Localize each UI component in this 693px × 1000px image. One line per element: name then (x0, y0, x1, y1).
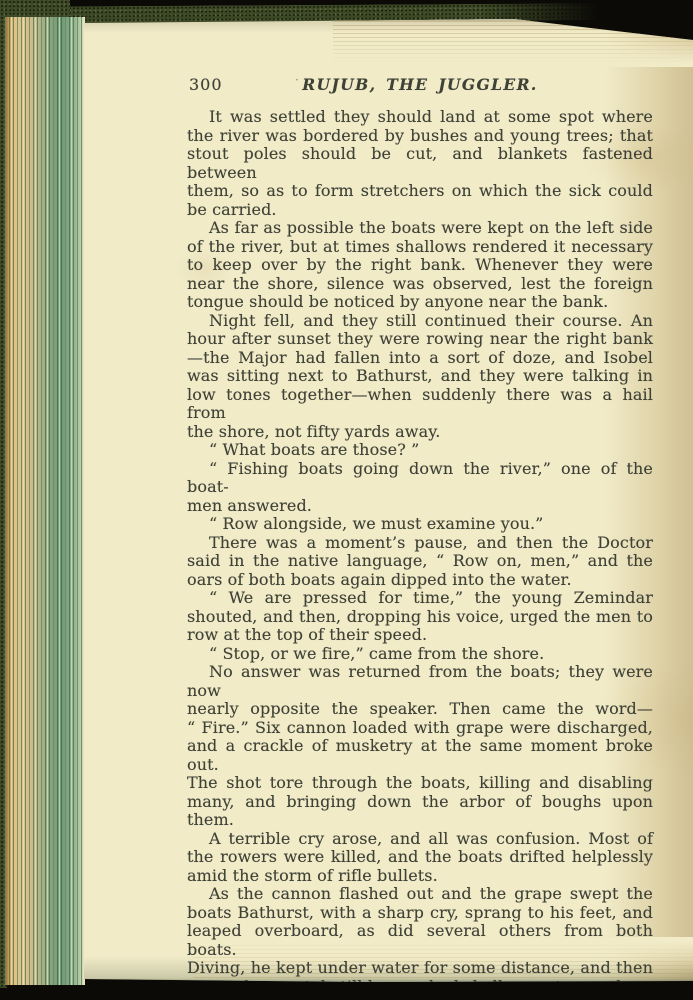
text-line: tongue should be noticed by anyone near … (187, 293, 653, 312)
text-line: the river was bordered by bushes and you… (187, 127, 653, 146)
text-line: “ Stop, or we fire,” came from the shore… (187, 645, 653, 664)
book-page: 300 · RUJUB, THE JUGGLER. It was settled… (84, 19, 693, 982)
text-line: hour after sunset they were rowing near … (187, 330, 653, 349)
text-line: The shot tore through the boats, killing… (187, 774, 653, 793)
text-line: “ Fishing boats going down the river,” o… (187, 460, 653, 497)
text-line: swam desperately till he reached shallow… (187, 978, 653, 997)
book-scan: 300 · RUJUB, THE JUGGLER. It was settled… (0, 0, 693, 1000)
text-line: was sitting next to Bathurst, and they w… (187, 367, 653, 386)
text-line: low tones together—when suddenly there w… (187, 386, 653, 423)
text-line: to keep over by the right bank. Whenever… (187, 256, 653, 275)
text-block: It was settled they should land at some … (187, 108, 653, 996)
text-line: the rowers were killed, and the boats dr… (187, 848, 653, 867)
running-header: RUJUB, THE JUGGLER. (187, 75, 653, 95)
text-line: As the cannon flashed out and the grape … (187, 885, 653, 904)
text-line: Night fell, and they still continued the… (187, 312, 653, 331)
text-line: be carried. (187, 201, 653, 220)
text-line: amid the storm of rifle bullets. (187, 867, 653, 886)
text-line: —the Major had fallen into a sort of doz… (187, 349, 653, 368)
text-line: It was settled they should land at some … (187, 108, 653, 127)
text-line: Diving, he kept under water for some dis… (187, 959, 653, 978)
text-line: As far as possible the boats were kept o… (187, 219, 653, 238)
text-line: men answered. (187, 497, 653, 516)
text-line: the shore, not fifty yards away. (187, 423, 653, 442)
text-line: of the river, but at times shallows rend… (187, 238, 653, 257)
page-header: 300 · RUJUB, THE JUGGLER. (187, 75, 653, 97)
text-line: “ What boats are those? ” (187, 441, 653, 460)
text-line: “ Fire.” Six cannon loaded with grape we… (187, 719, 653, 738)
page-edges-left (5, 17, 85, 985)
text-line: There was a moment’s pause, and then the… (187, 534, 653, 553)
text-line: No answer was returned from the boats; t… (187, 663, 653, 700)
text-line: stout poles should be cut, and blankets … (187, 145, 653, 182)
text-line: many, and bringing down the arbor of bou… (187, 793, 653, 830)
text-line: “ Row alongside, we must examine you.” (187, 515, 653, 534)
text-line: them, so as to form stretchers on which … (187, 182, 653, 201)
text-line: shouted, and then, dropping his voice, u… (187, 608, 653, 627)
text-line: near the shore, silence was observed, le… (187, 275, 653, 294)
text-line: said in the native language, “ Row on, m… (187, 552, 653, 571)
page-edge-stack-top (333, 19, 693, 67)
text-line: nearly opposite the speaker. Then came t… (187, 700, 653, 719)
text-line: leaped overboard, as did several others … (187, 922, 653, 959)
text-line: and a crackle of musketry at the same mo… (187, 737, 653, 774)
text-line: A terrible cry arose, and all was confus… (187, 830, 653, 849)
text-line: “ We are pressed for time,” the young Ze… (187, 589, 653, 608)
text-line: boats Bathurst, with a sharp cry, sprang… (187, 904, 653, 923)
text-line: row at the top of their speed. (187, 626, 653, 645)
text-line: oars of both boats again dipped into the… (187, 571, 653, 590)
